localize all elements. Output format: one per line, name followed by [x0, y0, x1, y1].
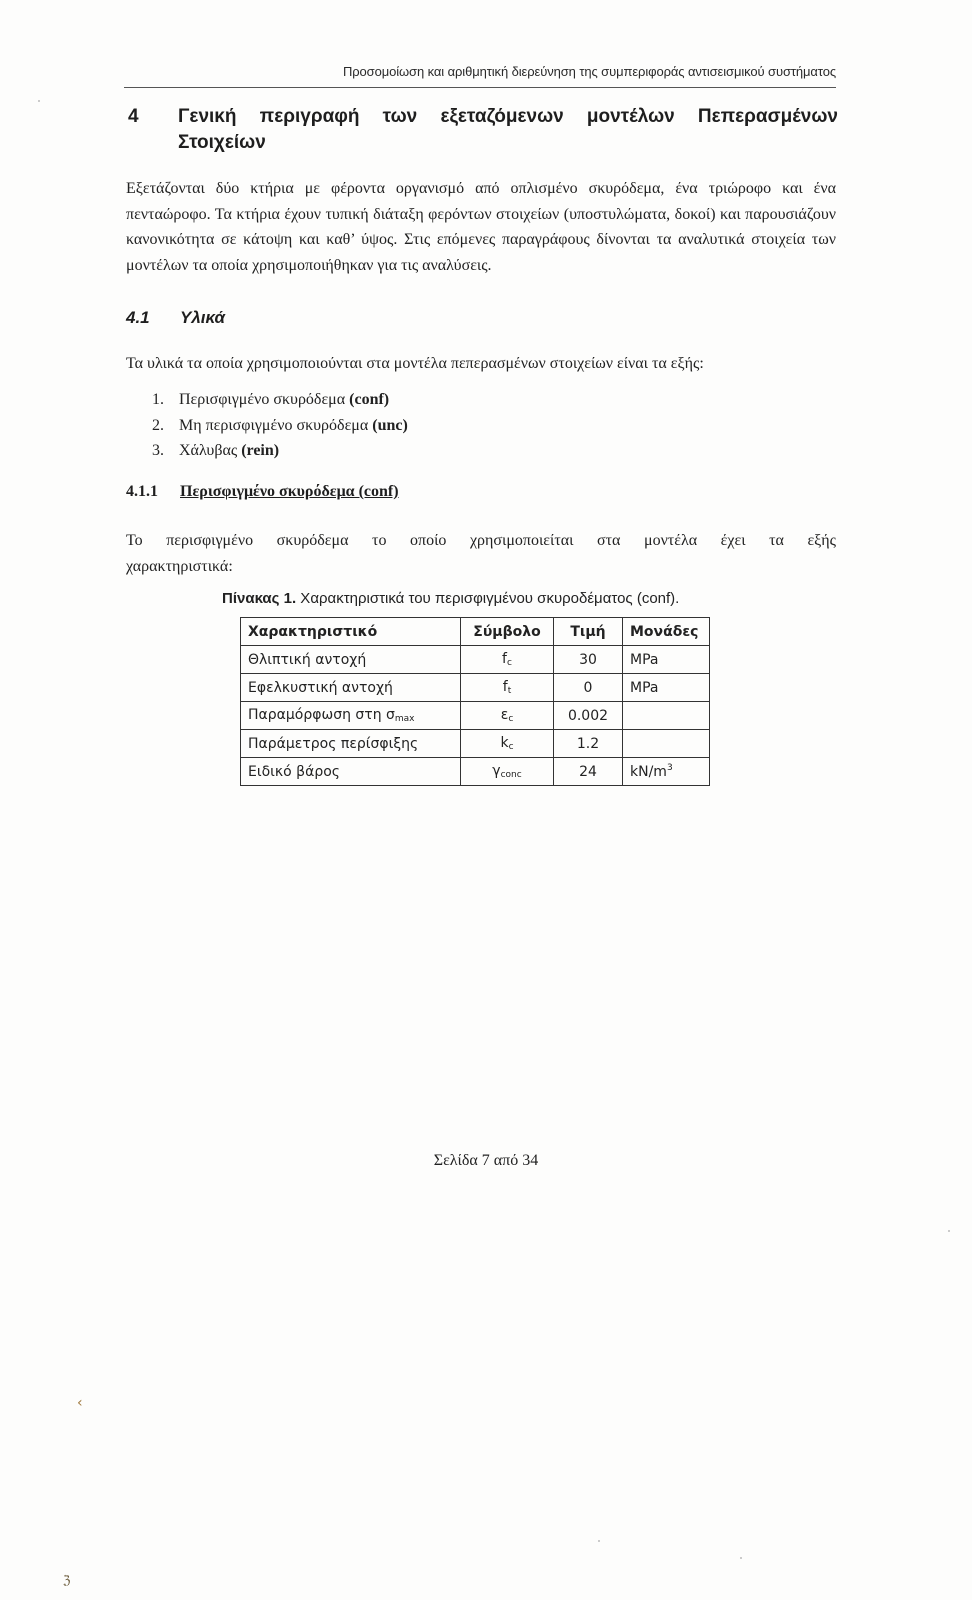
column-header: Σύμβολο: [461, 618, 554, 646]
property-cell: Παράμετρος περίσφιξης: [241, 730, 461, 758]
unit-cell: MPa: [623, 646, 710, 674]
properties-table: Χαρακτηριστικό Σύμβολο Τιμή Μονάδες Θλιπ…: [240, 617, 710, 786]
header-rule: [124, 87, 836, 88]
value-cell: 1.2: [554, 730, 623, 758]
table-row: Εφελκυστική αντοχήft0MPa: [241, 674, 710, 702]
subsubsection-number: 4.1.1: [126, 483, 158, 501]
section-title: Γενική περιγραφή των εξεταζόμενων μοντέλ…: [178, 104, 838, 156]
symbol-cell: γconc: [461, 758, 554, 786]
scan-speck: [598, 1540, 600, 1542]
list-number: 2.: [152, 413, 172, 439]
unit-cell: kN/m3: [623, 758, 710, 786]
conf-intro-paragraph: Το περισφιγμένο σκυρόδεμα το οποίο χρησι…: [126, 528, 836, 579]
property-cell: Θλιπτική αντοχή: [241, 646, 461, 674]
materials-intro: Τα υλικά τα οποία χρησιμοποιούνται στα μ…: [126, 351, 836, 377]
section-number: 4: [128, 104, 139, 130]
column-header: Τιμή: [554, 618, 623, 646]
table-row: Ειδικό βάροςγconc24kN/m3: [241, 758, 710, 786]
table-row: Παράμετρος περίσφιξηςkc1.2: [241, 730, 710, 758]
scan-speck: [38, 100, 40, 102]
scan-speck: [948, 1230, 950, 1232]
table-caption-label: Πίνακας 1.: [222, 590, 296, 607]
scan-speck: [740, 1557, 742, 1559]
section-intro-paragraph: Εξετάζονται δύο κτήρια με φέροντα οργανι…: [126, 176, 836, 278]
list-text: Μη περισφιγμένο σκυρόδεμα (unc): [179, 413, 408, 439]
property-cell: Εφελκυστική αντοχή: [241, 674, 461, 702]
page-number-footer: Σελίδα 7 από 34: [0, 1152, 972, 1170]
symbol-cell: ft: [461, 674, 554, 702]
value-cell: 30: [554, 646, 623, 674]
scan-mark: ‹: [77, 1395, 83, 1411]
list-text: Περισφιγμένο σκυρόδεμα (conf): [179, 387, 389, 413]
unit-cell: MPa: [623, 674, 710, 702]
subsection-number: 4.1: [126, 308, 150, 328]
value-cell: 0.002: [554, 702, 623, 730]
property-cell: Ειδικό βάρος: [241, 758, 461, 786]
subsubsection-title: Περισφιγμένο σκυρόδεμα (conf): [180, 483, 399, 501]
symbol-cell: εc: [461, 702, 554, 730]
property-cell: Παραμόρφωση στη σmax: [241, 702, 461, 730]
column-header: Μονάδες: [623, 618, 710, 646]
table-caption: Πίνακας 1. Χαρακτηριστικά του περισφιγμέ…: [222, 590, 679, 607]
value-cell: 24: [554, 758, 623, 786]
list-number: 3.: [152, 438, 172, 464]
symbol-cell: fc: [461, 646, 554, 674]
column-header: Χαρακτηριστικό: [241, 618, 461, 646]
list-text: Χάλυβας (rein): [179, 438, 279, 464]
unit-cell: [623, 702, 710, 730]
table-row: Παραμόρφωση στη σmaxεc0.002: [241, 702, 710, 730]
document-page: Προσομοίωση και αριθμητική διερεύνηση τη…: [0, 0, 972, 1600]
value-cell: 0: [554, 674, 623, 702]
table-caption-text: Χαρακτηριστικά του περισφιγμένου σκυροδέ…: [296, 590, 679, 607]
unit-cell: [623, 730, 710, 758]
scan-mark: ℨ: [63, 1573, 70, 1587]
running-header: Προσομοίωση και αριθμητική διερεύνηση τη…: [124, 64, 836, 79]
table-header-row: Χαρακτηριστικό Σύμβολο Τιμή Μονάδες: [241, 618, 710, 646]
table-row: Θλιπτική αντοχήfc30MPa: [241, 646, 710, 674]
list-number: 1.: [152, 387, 172, 413]
subsection-title: Υλικά: [180, 308, 225, 328]
symbol-cell: kc: [461, 730, 554, 758]
